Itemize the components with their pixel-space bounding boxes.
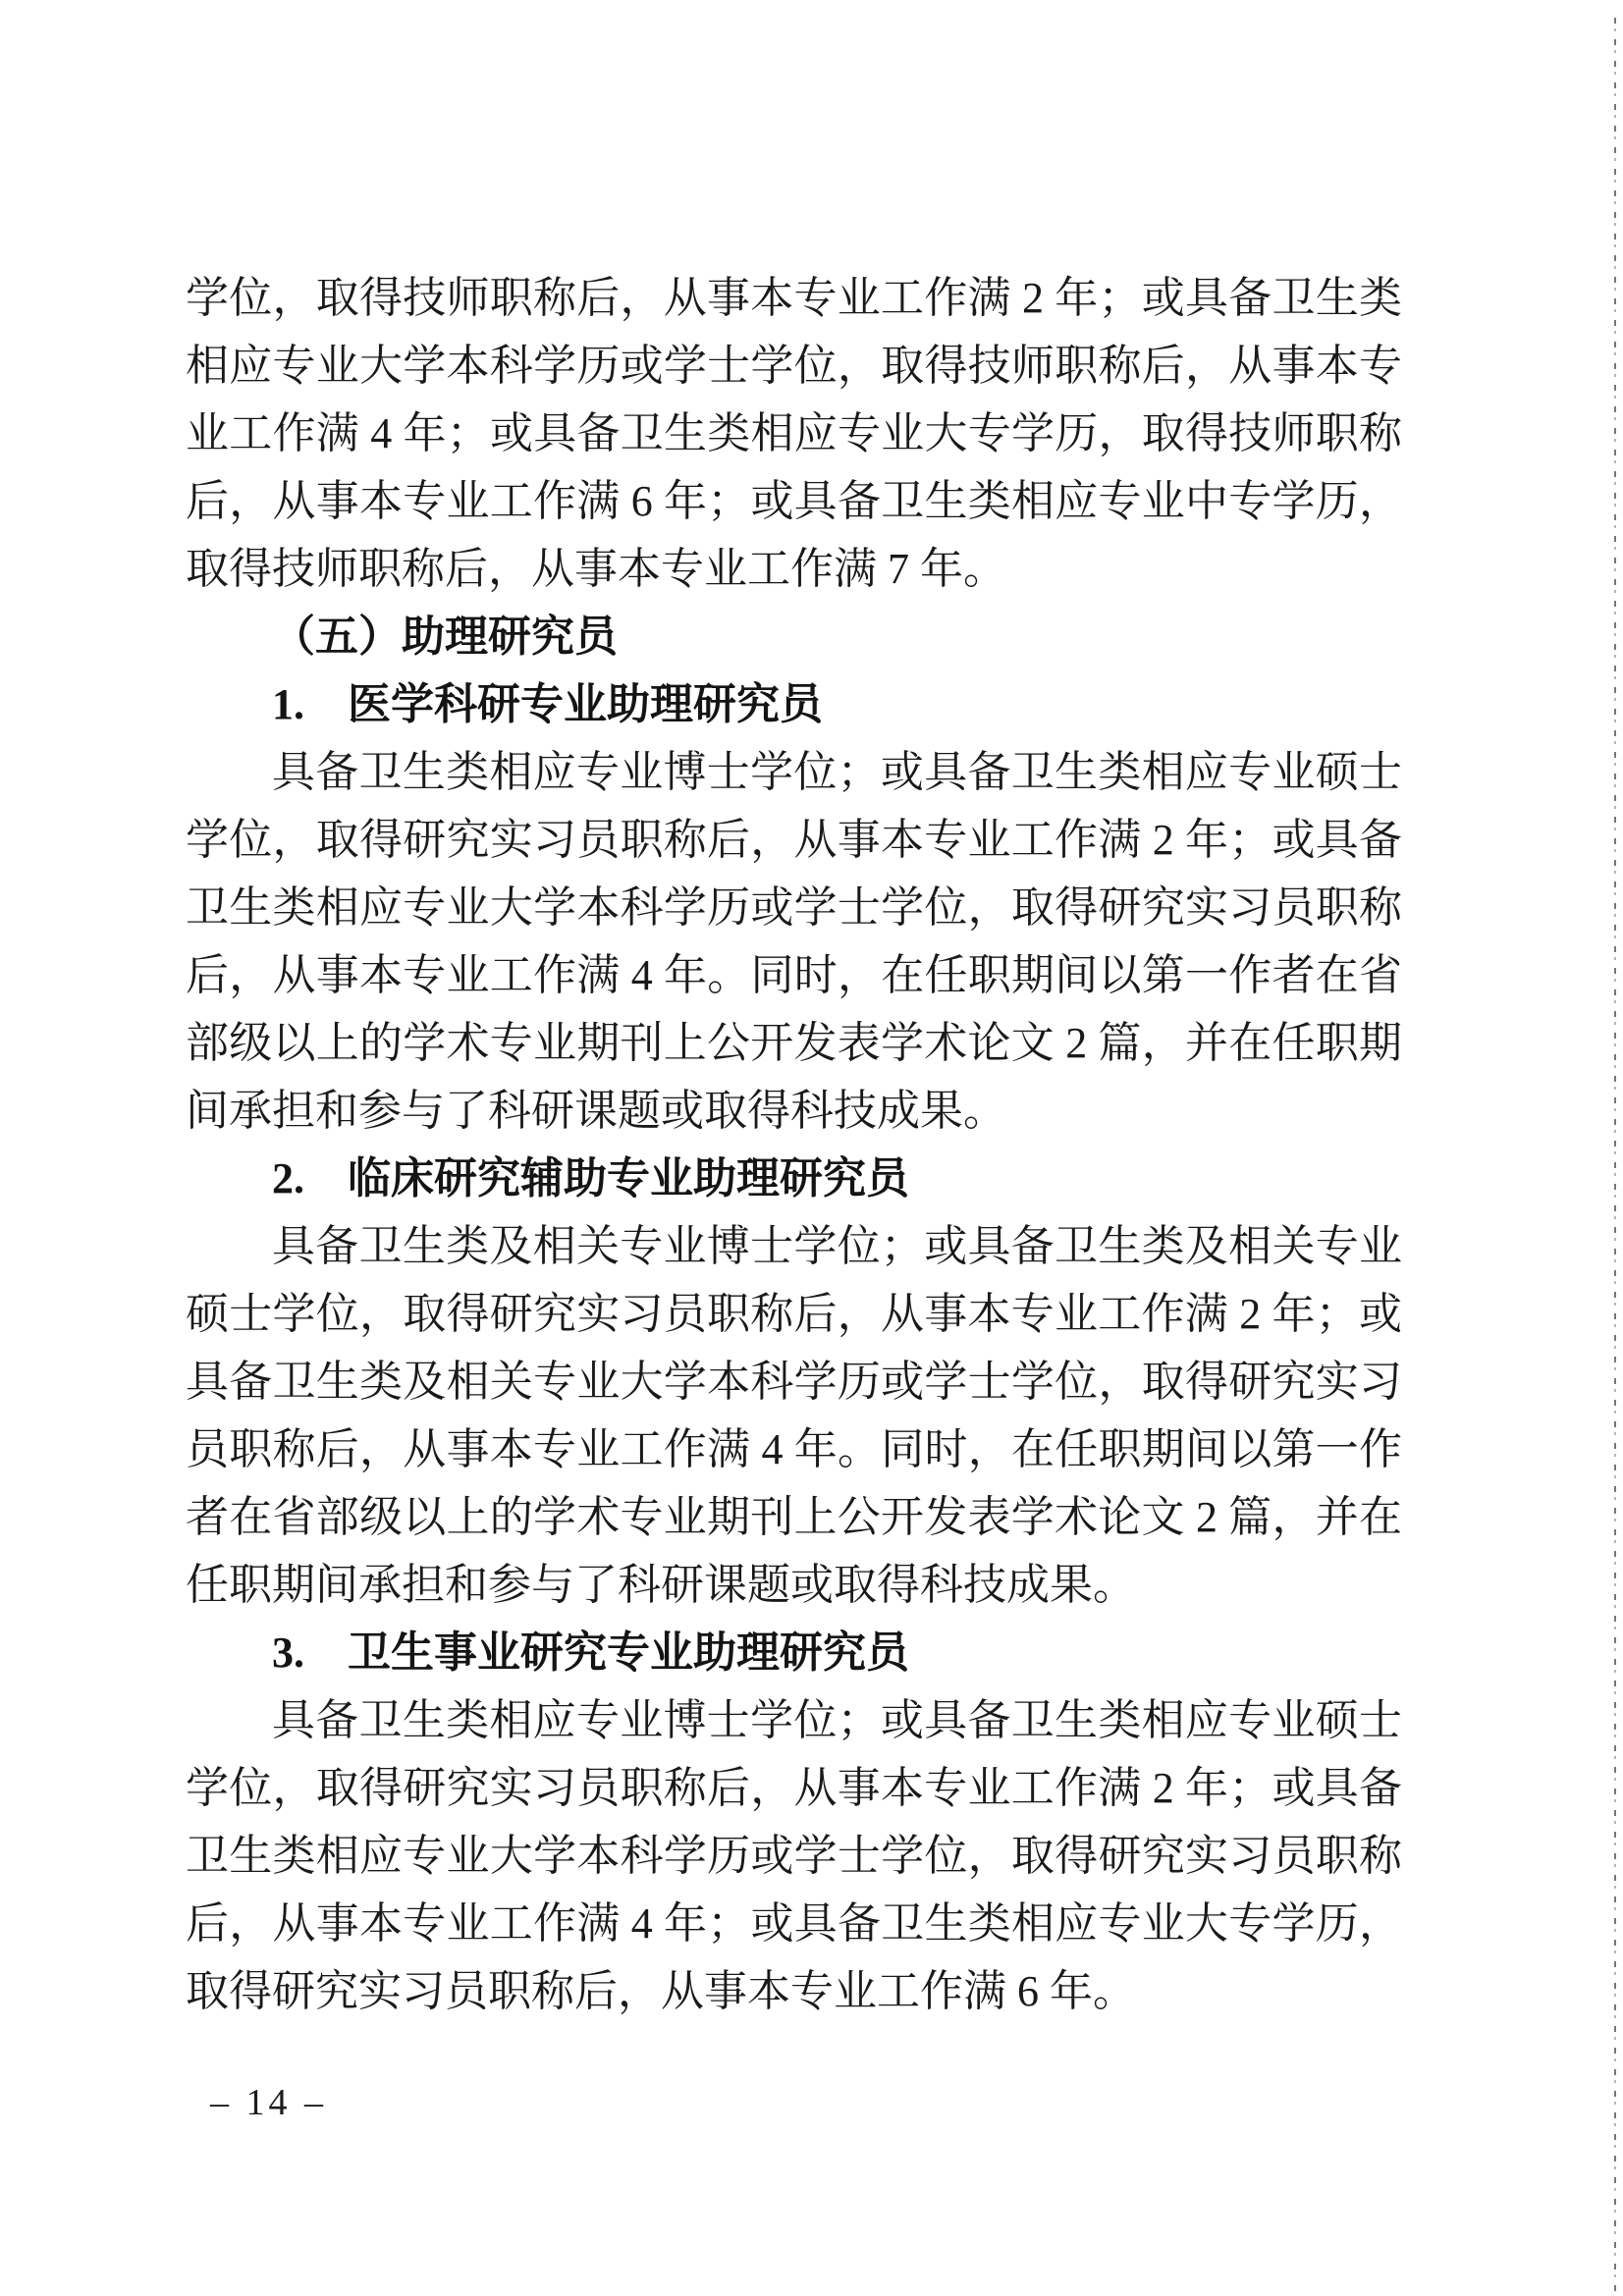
body-text-line: 者在省部级以上的学术专业期刊上公开发表学术论文 2 篇，并在 <box>186 1483 1402 1551</box>
body-text-line: 硕士学位，取得研究实习员职称后，从事本专业工作满 2 年；或 <box>186 1280 1402 1348</box>
body-text-line: 员职称后，从事本专业工作满 4 年。同时，在任职期间以第一作 <box>186 1415 1402 1483</box>
body-text-line: 间承担和参与了科研课题或取得科技成果。 <box>186 1077 1402 1145</box>
heading-line: 3. 卫生事业研究专业助理研究员 <box>186 1619 1402 1686</box>
page-number: – 14 – <box>210 2079 327 2126</box>
body-text-line: 业工作满 4 年；或具备卫生类相应专业大专学历，取得技师职称 <box>186 400 1402 467</box>
body-text-line: 取得技师职称后，从事本专业工作满 7 年。 <box>186 535 1402 603</box>
heading-line: 1. 医学科研专业助理研究员 <box>186 670 1402 738</box>
body-text-line: 部级以上的学术专业期刊上公开发表学术论文 2 篇，并在任职期 <box>186 1009 1402 1077</box>
body-text-line: 具备卫生类及相关专业大学本科学历或学士学位，取得研究实习 <box>186 1348 1402 1415</box>
scan-edge-artifact <box>1614 18 1616 2296</box>
body-text-line: 具备卫生类相应专业博士学位；或具备卫生类相应专业硕士 <box>186 738 1402 806</box>
text-column: 学位，取得技师职称后，从事本专业工作满 2 年；或具备卫生类相应专业大学本科学历… <box>186 264 1402 2025</box>
body-text-line: 学位，取得技师职称后，从事本专业工作满 2 年；或具备卫生类 <box>186 264 1402 332</box>
body-text-line: 卫生类相应专业大学本科学历或学士学位，取得研究实习员职称 <box>186 1822 1402 1890</box>
body-text-line: 后，从事本专业工作满 4 年；或具备卫生类相应专业大专学历， <box>186 1890 1402 1957</box>
heading-line: （五）助理研究员 <box>186 603 1402 670</box>
body-text-line: 后，从事本专业工作满 4 年。同时，在任职期间以第一作者在省 <box>186 941 1402 1009</box>
body-text-line: 具备卫生类相应专业博士学位；或具备卫生类相应专业硕士 <box>186 1686 1402 1754</box>
body-text-line: 取得研究实习员职称后，从事本专业工作满 6 年。 <box>186 1957 1402 2025</box>
body-text-line: 卫生类相应专业大学本科学历或学士学位，取得研究实习员职称 <box>186 874 1402 941</box>
body-text-line: 具备卫生类及相关专业博士学位；或具备卫生类及相关专业 <box>186 1212 1402 1280</box>
body-text-line: 任职期间承担和参与了科研课题或取得科技成果。 <box>186 1551 1402 1619</box>
body-text-line: 学位，取得研究实习员职称后，从事本专业工作满 2 年；或具备 <box>186 1754 1402 1822</box>
body-text-line: 学位，取得研究实习员职称后，从事本专业工作满 2 年；或具备 <box>186 806 1402 874</box>
body-text-line: 相应专业大学本科学历或学士学位，取得技师职称后，从事本专 <box>186 332 1402 400</box>
heading-line: 2. 临床研究辅助专业助理研究员 <box>186 1145 1402 1212</box>
body-text-line: 后，从事本专业工作满 6 年；或具备卫生类相应专业中专学历， <box>186 467 1402 535</box>
document-page: 学位，取得技师职称后，从事本专业工作满 2 年；或具备卫生类相应专业大学本科学历… <box>0 0 1623 2296</box>
